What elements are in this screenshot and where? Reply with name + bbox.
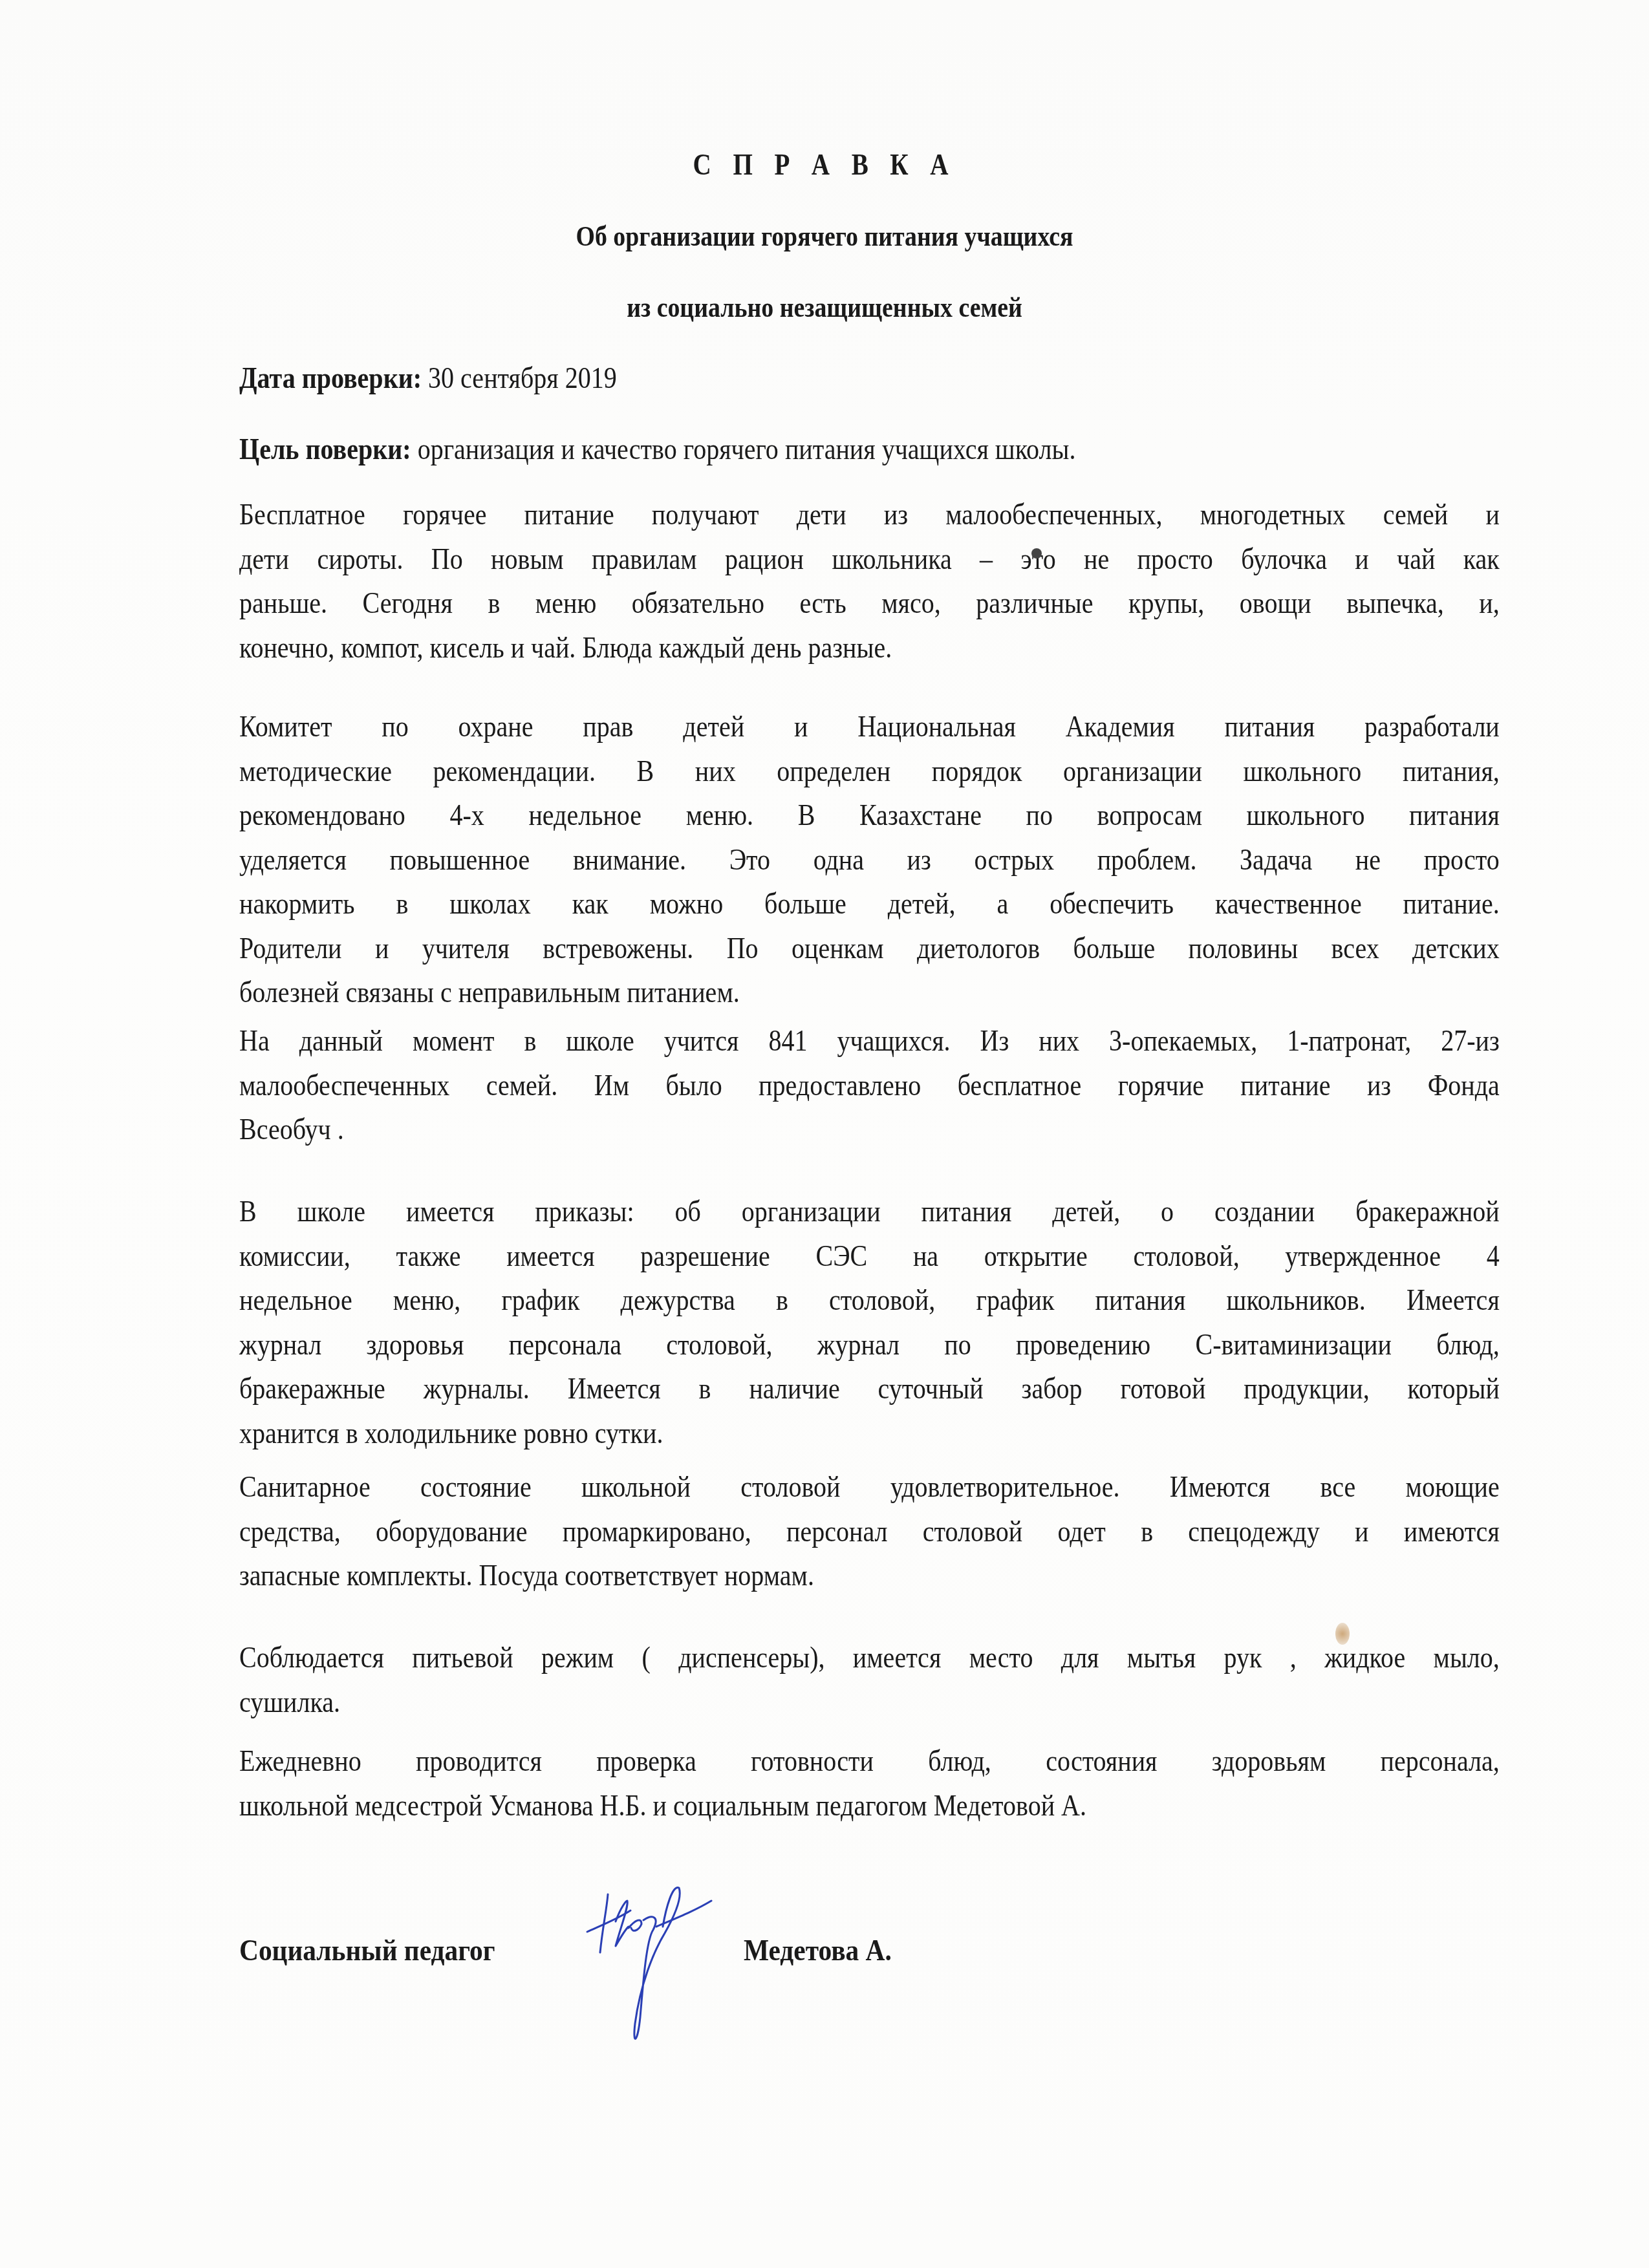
document-subtitle-line-1: Об организации горячего питания учащихся (116, 220, 1534, 253)
paragraph-line: Комитет по охране прав детей и Националь… (239, 705, 1500, 749)
ink-dot (1031, 548, 1042, 559)
paragraph-drinking-regime: Соблюдается питьевой режим ( диспенсеры)… (239, 1636, 1500, 1724)
inspection-goal-value: организация и качество горячего питания … (411, 433, 1076, 465)
paragraph-line: рекомендовано 4-х недельное меню. В Каза… (239, 793, 1500, 838)
paragraph-line: раньше. Сегодня в меню обязательно есть … (239, 581, 1500, 626)
paragraph-line: Соблюдается питьевой режим ( диспенсеры)… (239, 1636, 1500, 1680)
inspection-date: Дата проверки: 30 сентября 2019 (239, 361, 617, 395)
paragraph-line: малообеспеченных семей. Им было предоста… (239, 1064, 1500, 1108)
document-page: С П Р А В К А Об организации горячего пи… (0, 0, 1649, 2268)
paragraph-line: журнал здоровья персонала столовой, журн… (239, 1323, 1500, 1367)
paragraph-line: бракеражные журналы. Имеется в наличие с… (239, 1367, 1500, 1411)
paragraph-line: дети сироты. По новым правилам рацион шк… (239, 537, 1500, 582)
paragraph-student-counts: На данный момент в школе учится 841 учащ… (239, 1019, 1500, 1152)
handwritten-signature-icon (582, 1881, 737, 2075)
document-title: С П Р А В К А (124, 147, 1525, 182)
paragraph-line: В школе имеется приказы: об организации … (239, 1190, 1500, 1234)
paragraph-line: болезней связаны с неправильным питанием… (239, 970, 1500, 1015)
paragraph-committee-recommendations: Комитет по охране прав детей и Националь… (239, 705, 1500, 1015)
paragraph-line: средства, оборудование промаркировано, п… (239, 1510, 1500, 1554)
paragraph-line: сушилка. (239, 1680, 1500, 1725)
paragraph-daily-checks: Ежедневно проводится проверка готовности… (239, 1739, 1500, 1828)
inspection-date-label: Дата проверки: (239, 361, 422, 394)
paragraph-line: недельное меню, график дежурства в столо… (239, 1278, 1500, 1323)
paragraph-line: уделяется повышенное внимание. Это одна … (239, 838, 1500, 883)
paragraph-line: Родители и учителя встревожены. По оценк… (239, 926, 1500, 971)
paper-stain (1335, 1623, 1350, 1645)
inspection-goal-label: Цель поверки: (239, 433, 411, 465)
paragraph-line: Бесплатное горячее питание получают дети… (239, 493, 1500, 537)
paragraph-line: Всеобуч . (239, 1107, 1500, 1152)
paragraph-line: Ежедневно проводится проверка готовности… (239, 1739, 1500, 1784)
inspection-date-value: 30 сентября 2019 (422, 361, 617, 394)
paragraph-line: конечно, компот, кисель и чай. Блюда каж… (239, 626, 1500, 670)
paragraph-line: На данный момент в школе учится 841 учащ… (239, 1019, 1500, 1064)
paragraph-line: хранится в холодильнике ровно сутки. (239, 1411, 1500, 1456)
inspection-goal: Цель поверки: организация и качество гор… (239, 432, 1075, 466)
signatory-name: Медетова А. (744, 1933, 892, 1967)
paragraph-line: Санитарное состояние школьной столовой у… (239, 1465, 1500, 1510)
paragraph-line: накормить в школах как можно больше дете… (239, 882, 1500, 926)
paragraph-line: школьной медсестрой Усманова Н.Б. и соци… (239, 1784, 1500, 1828)
paragraph-line: комиссии, также имеется разрешение СЭС н… (239, 1234, 1500, 1279)
signatory-position: Социальный педагог (239, 1933, 495, 1967)
paragraph-line: методические рекомендации. В них определ… (239, 749, 1500, 794)
document-subtitle-line-2: из социально незащищенных семей (116, 291, 1534, 324)
paragraph-free-meals: Бесплатное горячее питание получают дети… (239, 493, 1500, 670)
paragraph-sanitary-condition: Санитарное состояние школьной столовой у… (239, 1465, 1500, 1598)
paragraph-line: запасные комплекты. Посуда соответствует… (239, 1554, 1500, 1598)
paragraph-orders-and-journals: В школе имеется приказы: об организации … (239, 1190, 1500, 1455)
